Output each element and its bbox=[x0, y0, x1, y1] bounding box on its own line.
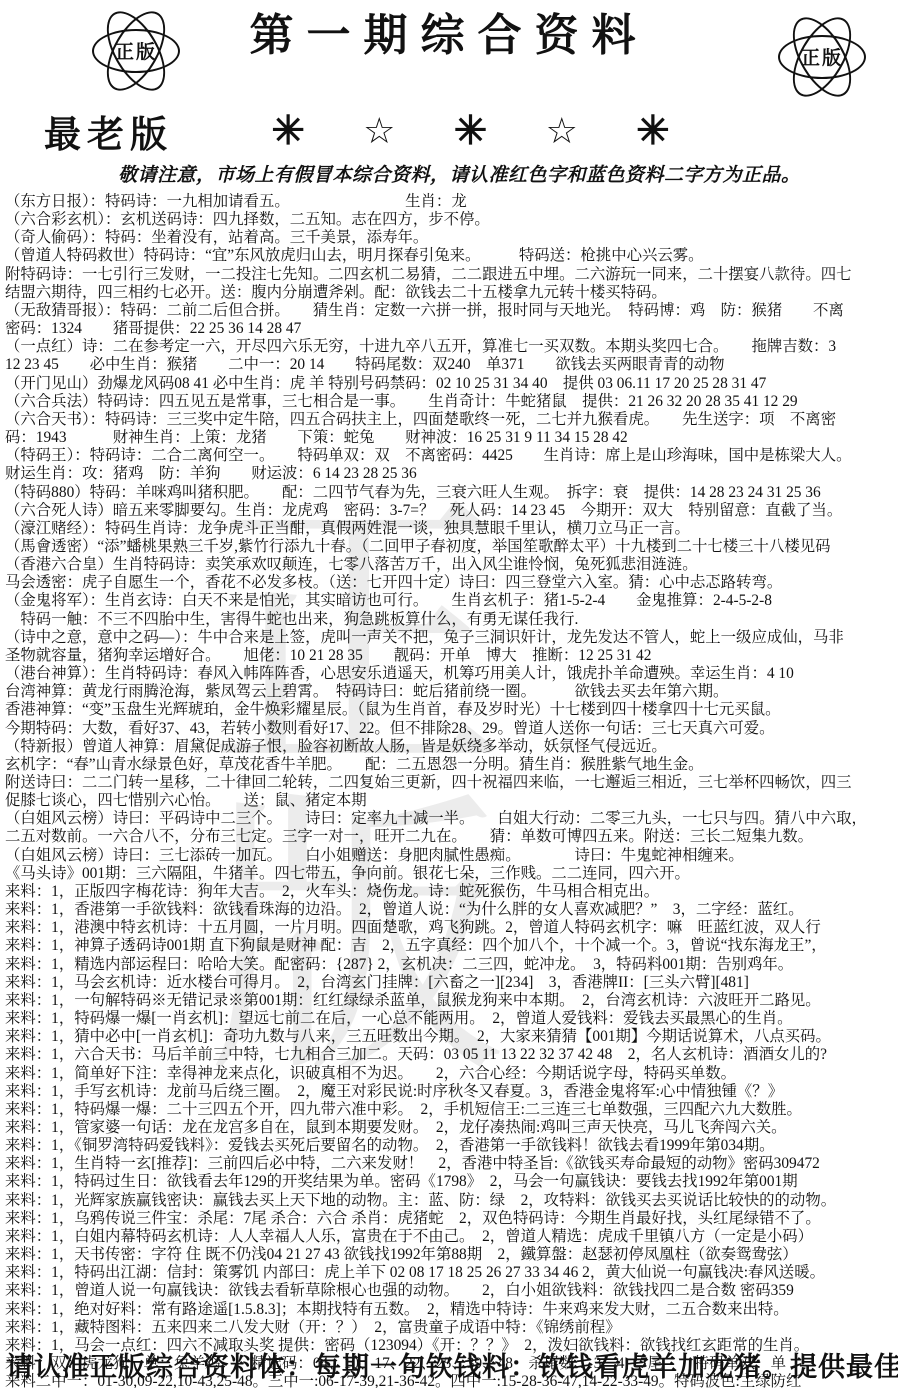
anti-counterfeit-notice: 敬请注意，市场上有假冒本综合资料，请认准红色字和蓝色资料二字方为正品。 bbox=[0, 156, 898, 187]
seal-stamp-left-icon: 正版 bbox=[92, 6, 180, 94]
body-line: （特码880）特码：羊咪鸡叫猪积肥。 配：二四节气春为先，三衰六旺人生观。 拆字… bbox=[5, 484, 894, 502]
body-line: 来料：1，特码出江湖：信封：策雾饥 内部曰：虎上羊下 02 08 17 18 2… bbox=[5, 1264, 894, 1282]
comprehensive-info-sheet: 正版 正版 第一期综合资料 正版 最老版 ✳ ☆ ✳ ☆ ✳ 敬请注意，市场上有… bbox=[0, 0, 898, 1388]
body-line: （馬會透密）“添”蟠桃果熟三千岁,紫竹行添九十春。（二回甲子春初度，举国笙歌醉太… bbox=[5, 538, 894, 556]
body-line: （东方日报）：特码诗：一九相加请看五。 生肖：龙 bbox=[5, 193, 894, 211]
body-line: 来料：1，绝对好料：常有路途遥[1.5.8.3]；本期找特有五数。 2，精选中特… bbox=[5, 1301, 894, 1319]
body-line: （奇人偷码）：特码：坐着没有，站着高。三千美景，添寿年。 bbox=[5, 229, 894, 247]
body-line: 来料：1，特码爆一爆：二十三四五个开，四九带六准中彩。 2，手机短信王:二三连三… bbox=[5, 1101, 894, 1119]
body-line: （六合死人诗）暗五来零脚要勾。生肖：龙虎鸡 密码：3-7=？ 死人码：14 23… bbox=[5, 502, 894, 520]
body-line: 特码一触：不三不四胎中生，害得牛蛇也出来，狗急跳板算什么，有勇无谋任我行. bbox=[5, 611, 894, 629]
body-line: 来料：1，精选内部运程曰：哈哈大笑。配密码：{287} 2，玄机决：二三四，蛇冲… bbox=[5, 956, 894, 974]
outline-star-icon: ☆ bbox=[546, 113, 578, 149]
body-line: 来料：1，乌鸦传说三件宝：杀尾：7尾 杀合：六合 杀肖：虎猪蛇 2，双色特码诗：… bbox=[5, 1210, 894, 1228]
footer-best-tail: 提供最佳尾数6 bbox=[790, 1345, 898, 1384]
body-line: 来料：1，管家婆一句话：龙在龙宫多自在，鼠到本期要发财。 2，龙仔凑热闹:鸡叫三… bbox=[5, 1119, 894, 1137]
asterisk-star-icon: ✳ bbox=[636, 111, 670, 151]
body-line: 来料：1，白姐内幕特码玄机诗：人人幸福人人乐，富贵在于不由己。 2，曾道人精选：… bbox=[5, 1228, 894, 1246]
asterisk-star-icon: ✳ bbox=[454, 111, 488, 151]
body-line: 附特码诗：一七引行三发财，一二投注七先知。二四玄机二易猜，二二跟进五中埋。二六游… bbox=[5, 266, 894, 284]
body-line: 今期特码：大数，看好37、43，若转小数则看好17、22。但不排除28、29。曾… bbox=[5, 720, 894, 738]
star-divider: ✳ ☆ ✳ ☆ ✳ bbox=[213, 111, 728, 151]
body-line: 来料：1，猜中必中[一肖玄机]：奇功九数与八来，三五旺数出今期。 2，大家来猜猜… bbox=[5, 1028, 894, 1046]
outline-star-icon: ☆ bbox=[363, 113, 395, 149]
sheet-header: 正版 第一期综合资料 正版 bbox=[0, 0, 898, 106]
body-line: （无敌猜哥报）：特码：二前二后但合拼。 猜生肖：定数一六拼一拼，报时同与天地光。… bbox=[5, 302, 894, 320]
body-line: （港台神算）：生肖特码诗：春风入帏阵阵香，心思安乐逍遥天，机筹巧用美人计，饿虎扑… bbox=[5, 665, 894, 683]
edition-row: 最老版 ✳ ☆ ✳ ☆ ✳ bbox=[0, 106, 898, 156]
body-line: （六合兵法）特码诗：四五见五是常事，三七相合是一事。 生肖奇计：牛蛇猪鼠 提供：… bbox=[5, 393, 894, 411]
body-line: 促膝七谈心，四七惜别六心怡。 送：鼠、猪定本期 bbox=[5, 792, 894, 810]
body-line: （一点红）诗：二在参考定一六，开尽四六乐无穷，十进九卒八五开，算准七一买双数。本… bbox=[5, 338, 894, 356]
body-line: 香港神算：“变”玉盘生光辉琥珀，金牛焕彩耀星辰。（鼠为生肖首，春及岁时光）十七楼… bbox=[5, 701, 894, 719]
body-line: 来料：1，生肖特一玄[推荐]：三前四后必中特，二六来发财！ 2，香港中特圣旨:《… bbox=[5, 1155, 894, 1173]
body-line: 来料：1，天书传密：字符 住 既不仍浅04 21 27 43 欲钱找1992年第… bbox=[5, 1246, 894, 1264]
body-line: 附送诗曰：二二门转一星移，二十律回二轮转，二四复始三更新，四十祝福四来临，一七邂… bbox=[5, 774, 894, 792]
body-line: （特新报）曾道人神算：眉黛促成游子恨，脸容初断故人肠，皆是妖绕多举动，妖氛怪气侵… bbox=[5, 738, 894, 756]
body-line: （白姐风云榜）诗曰：平码诗中二三个。 诗曰：定率九十减一半。 白姐大行动：二零三… bbox=[5, 810, 894, 828]
body-line: （六合彩玄机）：玄机送码诗：四九择数，二五知。志在四方，步不停。 bbox=[5, 211, 894, 229]
body-line: 《马头诗》001期：三六隔阻，牛猪羊。四七带五，争向前。银花七朵，三作贱。二二连… bbox=[5, 865, 894, 883]
body-line: 马会透密：虎子自愿生一个，香花不必发多枝。（送：七开四十定）诗曰：四三登堂六入室… bbox=[5, 574, 894, 592]
edition-label: 最老版 bbox=[44, 104, 173, 158]
body-line: 台湾神算：黄龙行雨腾沧海，紫凤驾云上碧霄。 特码诗曰：蛇后猪前绕一圈。 欲钱去买… bbox=[5, 683, 894, 701]
footer-slogan: 请认准正版综合资料体：每期一句钦钱料：钦钱看虎羊加龙猪。 bbox=[6, 1345, 790, 1384]
body-line: 码：1943 财神生肖：上策：龙猪 下策：蛇兔 财神波：16 25 31 9 1… bbox=[5, 429, 894, 447]
body-line: 结盟六期待，四三相约七必开。送：腹内分崩遭斧剁。配：欲钱去二十五楼拿九元转十楼买… bbox=[5, 284, 894, 302]
body-line: 圣物就容量，猪狗幸运增好合。 旭佬：10 21 28 35 靓码：开单 博大 推… bbox=[5, 647, 894, 665]
seal-stamp-text: 正版 bbox=[92, 6, 180, 94]
body-line: 来料：1，六合天书：马后羊前三中特，七九相合三加二。天码：03 05 11 13… bbox=[5, 1046, 894, 1064]
body-line: 来料：1，正版四字梅花诗：狗年大吉。 2，火车头：烧伤龙。诗：蛇死猴伤，牛马相合… bbox=[5, 883, 894, 901]
seal-stamp-right-icon: 正版 bbox=[778, 12, 866, 100]
body-line: （曾道人特码救世）特码诗：“宜”东风放虎归山去，明月探春引兔来。 特码送：枪挑中… bbox=[5, 247, 894, 265]
body-line: 来料：1，一句解特码※无错记录※第001期：红红绿绿杀蓝单，鼠猴龙狗来中本期。 … bbox=[5, 992, 894, 1010]
seal-stamp-text: 正版 bbox=[778, 12, 866, 100]
body-line: 来料：1，曾道人说一句赢钱诀：欲钱去看斩草除根心也强的动物。 2，白小姐欲钱料：… bbox=[5, 1282, 894, 1300]
body-line: 来料：1，特码过生日：欲钱看去年129的开奖结果为单。密码《1798》 2，马会… bbox=[5, 1173, 894, 1191]
body-line: 来料：1，手写玄机诗：龙前马后绕三圈。 2，魔王对彩民说:时序秋冬又春夏。3，香… bbox=[5, 1083, 894, 1101]
body-line: 密码：1324 猪哥提供：22 25 36 14 28 47 bbox=[5, 320, 894, 338]
body-line: 来料：1，简单好下注：幸得神龙来点化，识破真相不为迟。 2，六合心经：今期话说字… bbox=[5, 1065, 894, 1083]
content-lines: （东方日报）：特码诗：一九相加请看五。 生肖：龙（六合彩玄机）：玄机送码诗：四九… bbox=[0, 187, 898, 1388]
body-line: （开门见山）劲爆龙风码08 41 必中生肖：虎 羊 特别号码禁码：02 10 2… bbox=[5, 375, 894, 393]
body-line: （白姐风云榜）诗曰：三七添砖一加瓦。 白小姐赠送：身肥肉腻性愚痴。 诗曰：牛鬼蛇… bbox=[5, 847, 894, 865]
body-line: （特码王）：特码诗：二合二离何空一。 特码单双：双 不离密码：4425 生肖诗：… bbox=[5, 447, 894, 465]
body-line: 来料：1，藏特图料：五来四来二八发大财（开：？） 2，富贵童子成语中特：《锦绣前… bbox=[5, 1319, 894, 1337]
body-line: （诗中之意，意中之码—）：牛中合来是上签，虎叫一声关不把，兔子三洞识奸计，龙先发… bbox=[5, 629, 894, 647]
body-line: 12 23 45 必中生肖：猴猪 二中一：20 14 特码尾数：双240 单37… bbox=[5, 356, 894, 374]
asterisk-star-icon: ✳ bbox=[271, 111, 305, 151]
body-line: 来料：1，特码爆一爆[一肖玄机]：望远七前二在后，一心总不能两用。 2，曾道人爱… bbox=[5, 1010, 894, 1028]
body-line: （六合天书）：特码诗：三三奖中定牛陪，四五合码扶主上，四面楚歌终一死，二七并九猴… bbox=[5, 411, 894, 429]
body-line: （金鬼将军）：生肖玄诗：白天不来是怕光，其实暗访也可行。 生肖玄机子：猪1-5-… bbox=[5, 592, 894, 610]
body-line: 二五对数前。一六合八不，分布三七定。三字一对一，旺开二九在。 猜：单数可博四五来… bbox=[5, 828, 894, 846]
body-line: 来料：1，《铜罗湾特码爱钱料》：爱钱去买死后要留名的动物。 2，香港第一手欲钱料… bbox=[5, 1137, 894, 1155]
body-line: 来料：1，光辉家族赢钱密诀：赢钱去买上天下地的动物。主：蓝、防：绿 2，攻特料：… bbox=[5, 1192, 894, 1210]
body-line: 来料：1，香港第一手欲钱料：欲钱看珠海的边沿。 2，曾道人说：“为什么胖的女人喜… bbox=[5, 901, 894, 919]
body-line: 来料：1，马会玄机诗：近水楼台可得月。 2，台湾玄门挂牌：[六畜之一][234]… bbox=[5, 974, 894, 992]
body-line: （濠江赌经）：特码生肖诗：龙争虎斗正当酣，真假两姓混一谈，独具慧眼千里认，横刀立… bbox=[5, 520, 894, 538]
body-line: 来料：1，神算子透码诗001期 直下狗鼠是财神 配：吉 2，五字真经：四个加八个… bbox=[5, 937, 894, 955]
sheet-footer: 请认准正版综合资料体：每期一句钦钱料：钦钱看虎羊加龙猪。 提供最佳尾数6 bbox=[0, 1345, 898, 1384]
body-line: （香港六合皇）生肖特码诗：卖笑承欢叹颠连，七零八落苦万千，出入风尘谁怜悯，兔死狐… bbox=[5, 556, 894, 574]
body-line: 来料：1，港澳中特玄机诗：十五月圆，一片月明。四面楚歌，鸡飞狗跳。2，曾道人特码… bbox=[5, 919, 894, 937]
body-line: 财运生肖：攻：猪鸡 防：羊狗 财运波：6 14 23 28 25 36 bbox=[5, 465, 894, 483]
body-line: 玄机字：“春”山青水绿景色好，草茂花香牛羊肥。 配：二五恩怨一分明。猜生肖：猴胜… bbox=[5, 756, 894, 774]
